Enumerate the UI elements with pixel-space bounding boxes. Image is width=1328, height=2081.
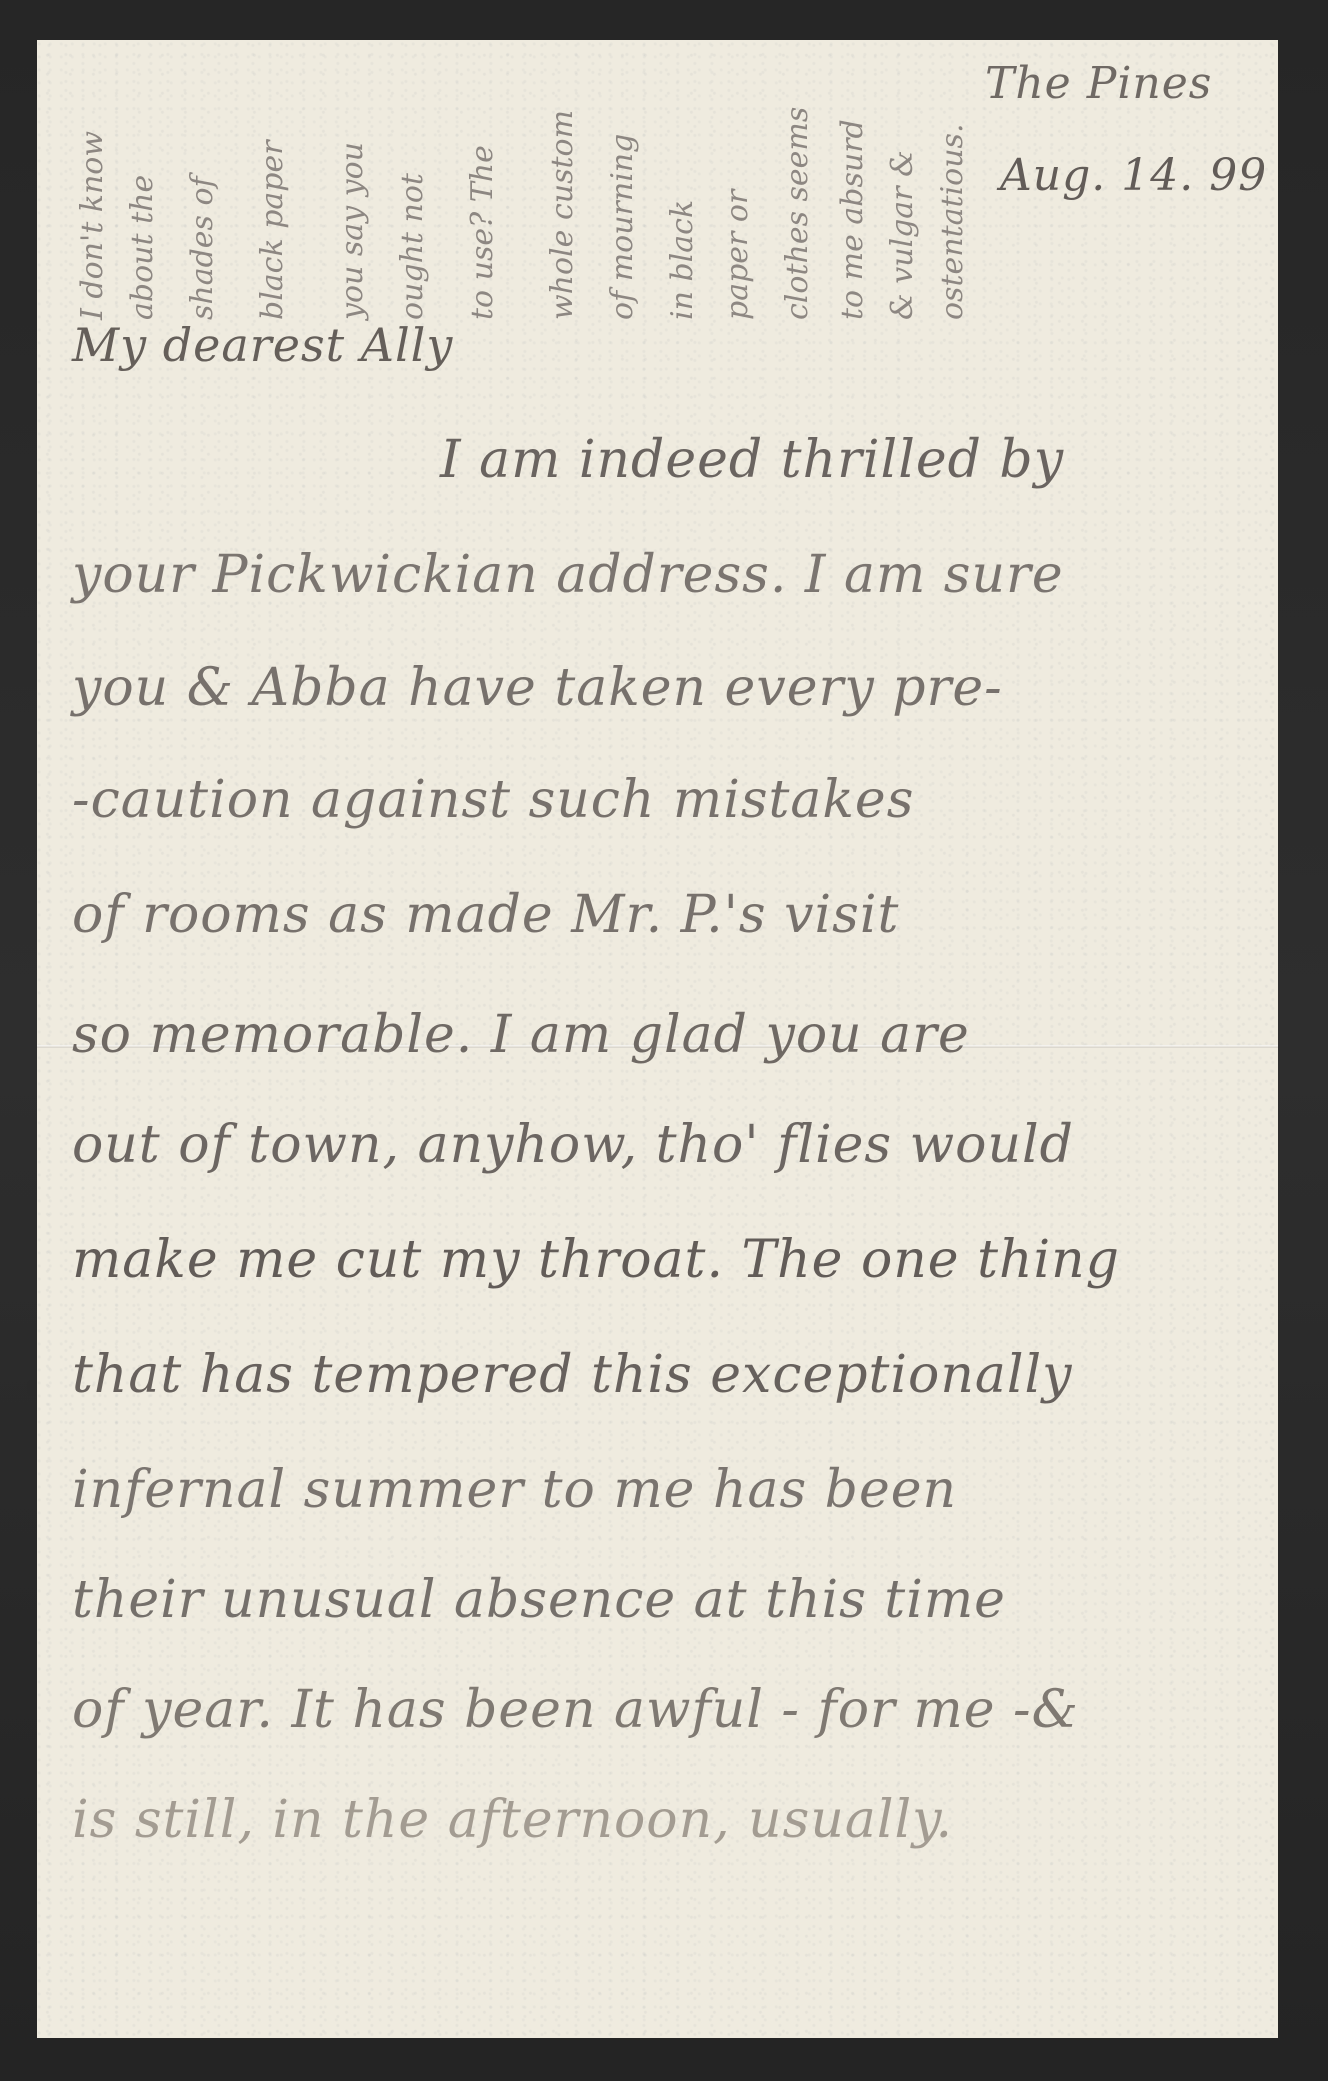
body-line: out of town, anyhow, tho' flies would — [72, 1115, 1074, 1175]
margin-note: I don't know about the shades of black p… — [60, 30, 980, 320]
body-line: their unusual absence at this time — [72, 1570, 1006, 1630]
body-line: make me cut my throat. The one thing — [72, 1230, 1120, 1290]
margin-note-line: clothes seems — [780, 107, 815, 320]
salutation: My dearest Ally — [72, 318, 453, 372]
margin-note-line: about the — [125, 175, 160, 320]
margin-note-line: ostentatious. — [935, 124, 970, 321]
margin-note-line: of mourning — [605, 134, 640, 320]
body-line: -caution against such mistakes — [72, 770, 914, 830]
body-line: that has tempered this exceptionally — [72, 1345, 1073, 1405]
margin-note-line: to use? The — [465, 145, 500, 320]
margin-note-line: to me absurd — [835, 119, 870, 320]
body-line: is still, in the afternoon, usually. — [72, 1790, 953, 1850]
body-line: of rooms as made Mr. P.'s visit — [72, 885, 899, 945]
margin-note-line: shades of — [185, 176, 220, 320]
margin-note-line: you say you — [335, 142, 370, 320]
margin-note-line: & vulgar & — [885, 150, 920, 320]
body-line: infernal summer to me has been — [72, 1460, 957, 1520]
margin-note-line: ought not — [395, 173, 430, 320]
body-line: of year. It has been awful - for me -& — [72, 1680, 1079, 1740]
margin-note-line: paper or — [720, 190, 755, 320]
body-line: you & Abba have taken every pre- — [72, 658, 1003, 718]
letter-place: The Pines — [985, 58, 1212, 109]
body-line: I am indeed thrilled by — [440, 430, 1064, 490]
body-line: so memorable. I am glad you are — [72, 1005, 970, 1065]
body-line: your Pickwickian address. I am sure — [72, 545, 1064, 605]
margin-note-line: black paper — [255, 140, 290, 320]
letter-date: Aug. 14. 99 — [1000, 150, 1267, 201]
margin-note-line: in black — [665, 200, 700, 320]
margin-note-line: I don't know — [75, 131, 110, 320]
margin-note-line: whole custom — [545, 110, 580, 320]
